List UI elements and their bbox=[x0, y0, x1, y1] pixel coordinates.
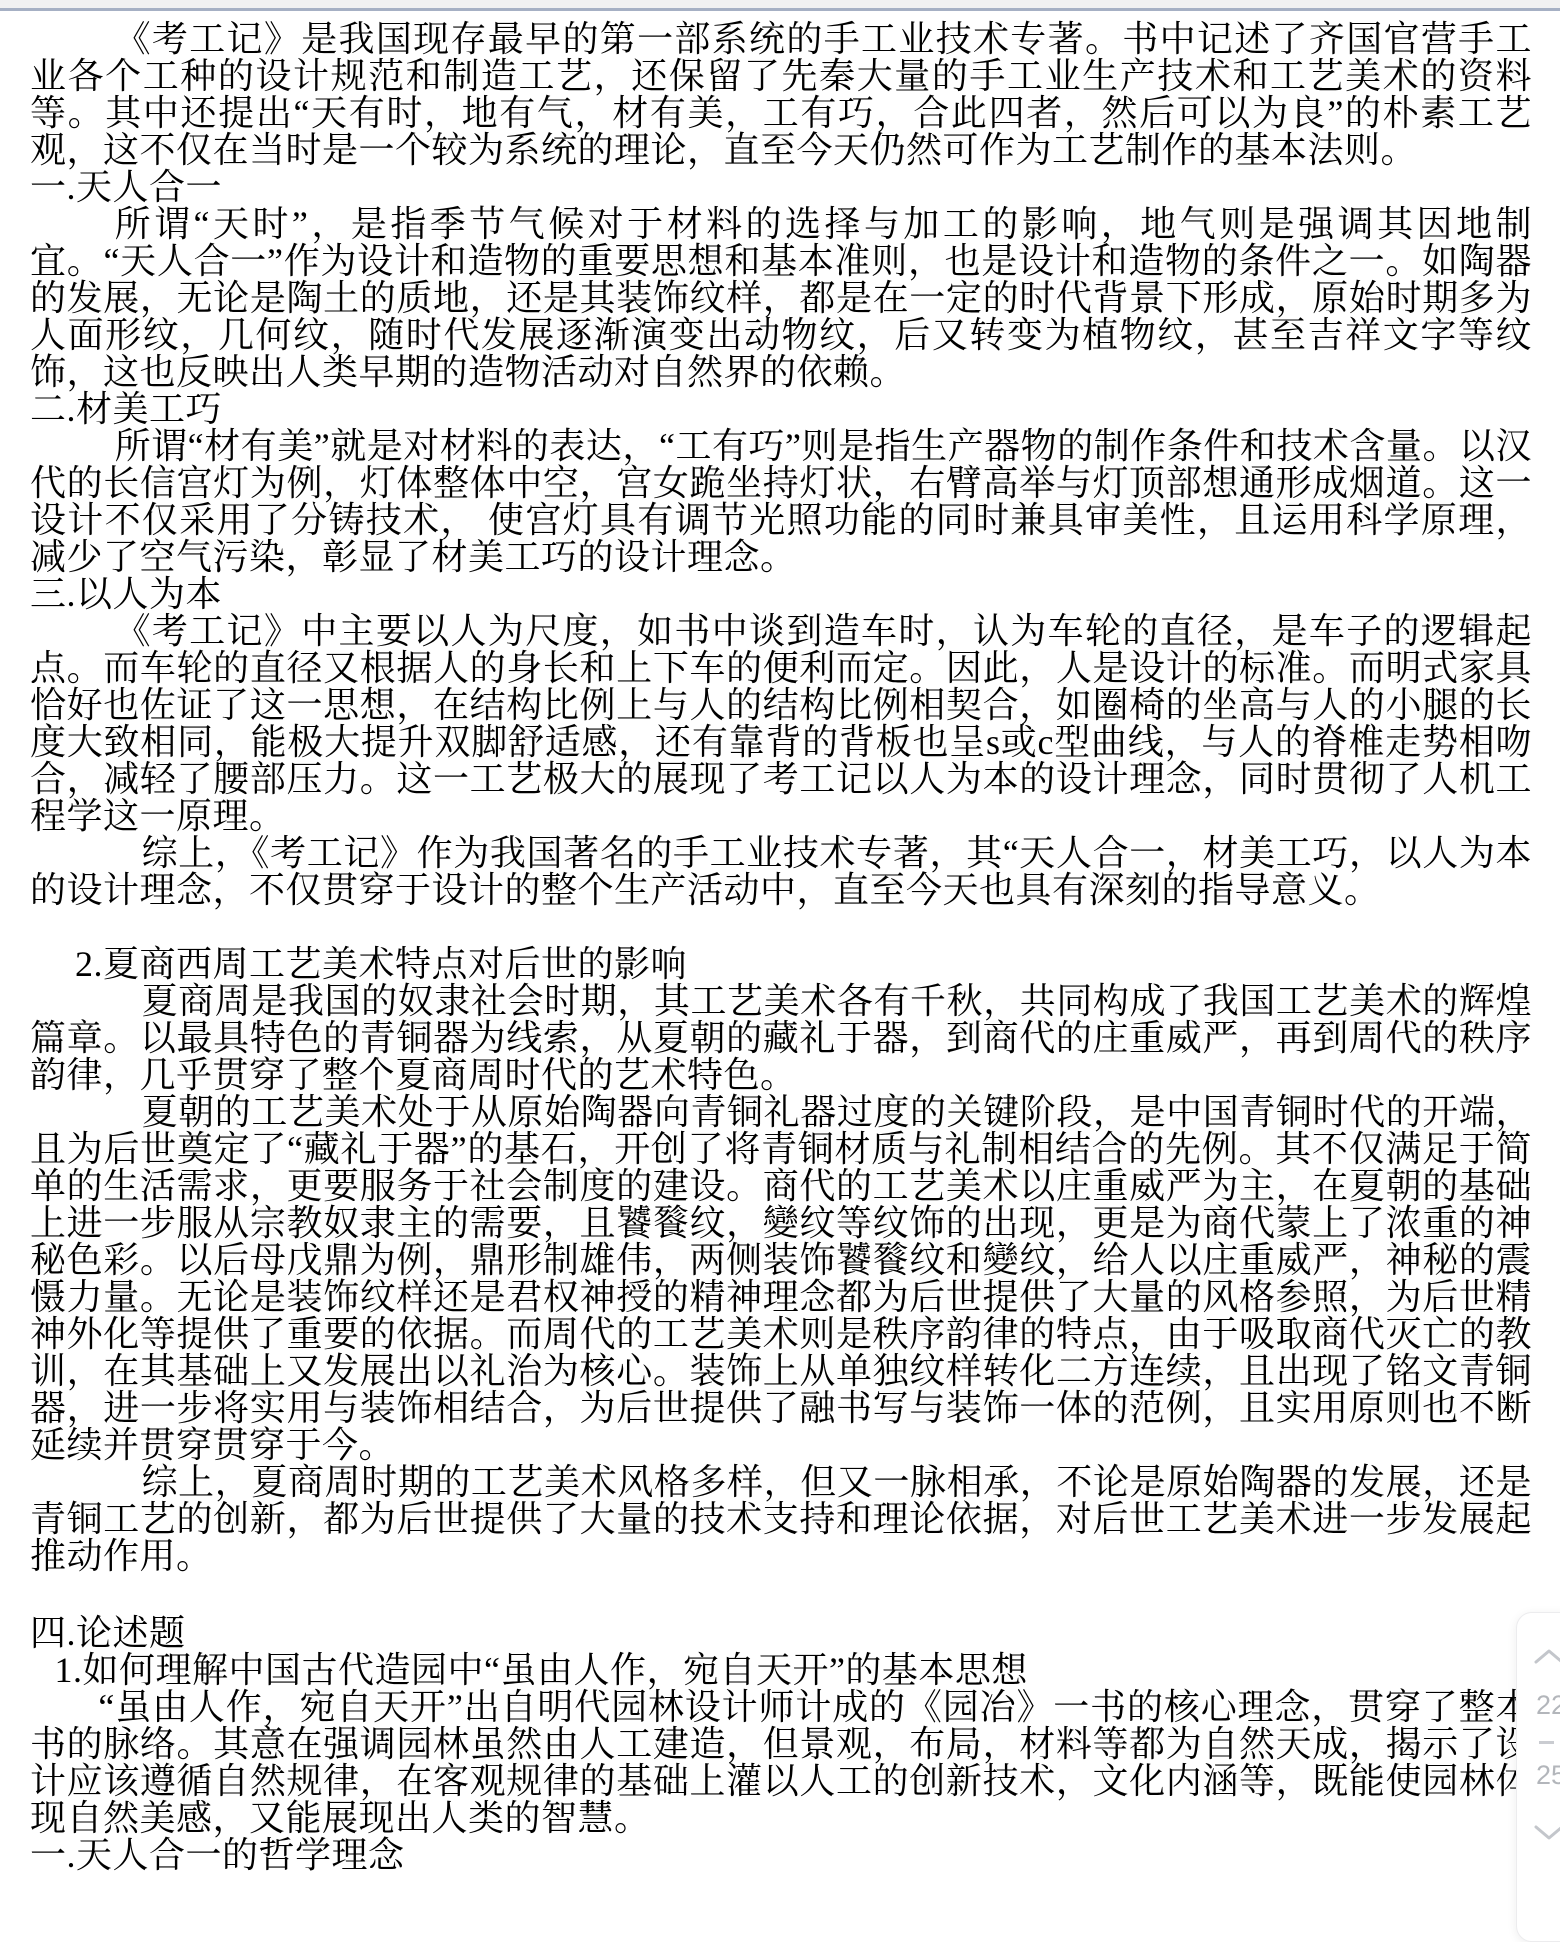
heading-essay-question-1: 1.如何理解中国古代造园中“虽由人作，宛自天开”的基本思想 bbox=[30, 1652, 1532, 1689]
blank-line bbox=[30, 909, 1532, 946]
paragraph-yuanye-intro: “虽由人作，宛自天开”出自明代园林设计师计成的《园冶》一书的核心理念，贯穿了整本… bbox=[30, 1689, 1532, 1837]
total-pages-number: 25 bbox=[1536, 1761, 1560, 1789]
heading-tianren-heyi-philosophy: 一.天人合一的哲学理念 bbox=[30, 1837, 1532, 1874]
paragraph-summary-xiashangzhou: 综上，夏商周时期的工艺美术风格多样，但又一脉相承，不论是原始陶器的发展，还是青铜… bbox=[30, 1464, 1532, 1575]
heading-caimei-gongqiao: 二.材美工巧 bbox=[30, 391, 1532, 428]
paragraph-summary-kaogongji: 综上，《考工记》作为我国著名的手工业技术专著，其“天人合一，材美工巧，以人为本的… bbox=[30, 835, 1532, 909]
window-top-edge bbox=[0, 0, 1560, 11]
current-page-number: 22 bbox=[1536, 1691, 1560, 1719]
heading-section-4-essay: 四.论述题 bbox=[30, 1615, 1532, 1652]
paragraph-yiren-weiben: 《考工记》中主要以人为尺度，如书中谈到造车时，认为车轮的直径，是车子的逻辑起点。… bbox=[30, 613, 1532, 835]
page-number-divider bbox=[1539, 1741, 1554, 1744]
heading-tianren-heyi: 一.天人合一 bbox=[30, 169, 1532, 206]
chevron-up-icon[interactable] bbox=[1533, 1647, 1560, 1665]
blank-line bbox=[30, 1575, 1532, 1615]
paragraph-xiashangzhou-intro: 夏商周是我国的奴隶社会时期，其工艺美术各有千秋，共同构成了我国工艺美术的辉煌篇章… bbox=[30, 983, 1532, 1094]
heading-question-2: 2.夏商西周工艺美术特点对后世的影响 bbox=[30, 946, 1532, 983]
paragraph-kaogongji-intro: 《考工记》是我国现存最早的第一部系统的手工业技术专著。书中记述了齐国官营手工业各… bbox=[30, 21, 1532, 169]
page-scroll-panel: 22 25 bbox=[1516, 1612, 1560, 1874]
paragraph-tianren-heyi: 所谓“天时”，是指季节气候对于材料的选择与加工的影响，地气则是强调其因地制宜。“… bbox=[30, 206, 1532, 391]
heading-yiren-weiben: 三.以人为本 bbox=[30, 576, 1532, 613]
document-body: 《考工记》是我国现存最早的第一部系统的手工业技术专著。书中记述了齐国官营手工业各… bbox=[0, 11, 1560, 1874]
paragraph-xiashangzhou-detail: 夏朝的工艺美术处于从原始陶器向青铜礼器过度的关键阶段，是中国青铜时代的开端，且为… bbox=[30, 1094, 1532, 1464]
paragraph-caimei-gongqiao: 所谓“材有美”就是对材料的表达，“工有巧”则是指生产器物的制作条件和技术含量。以… bbox=[30, 428, 1532, 576]
chevron-down-icon[interactable] bbox=[1533, 1823, 1560, 1841]
